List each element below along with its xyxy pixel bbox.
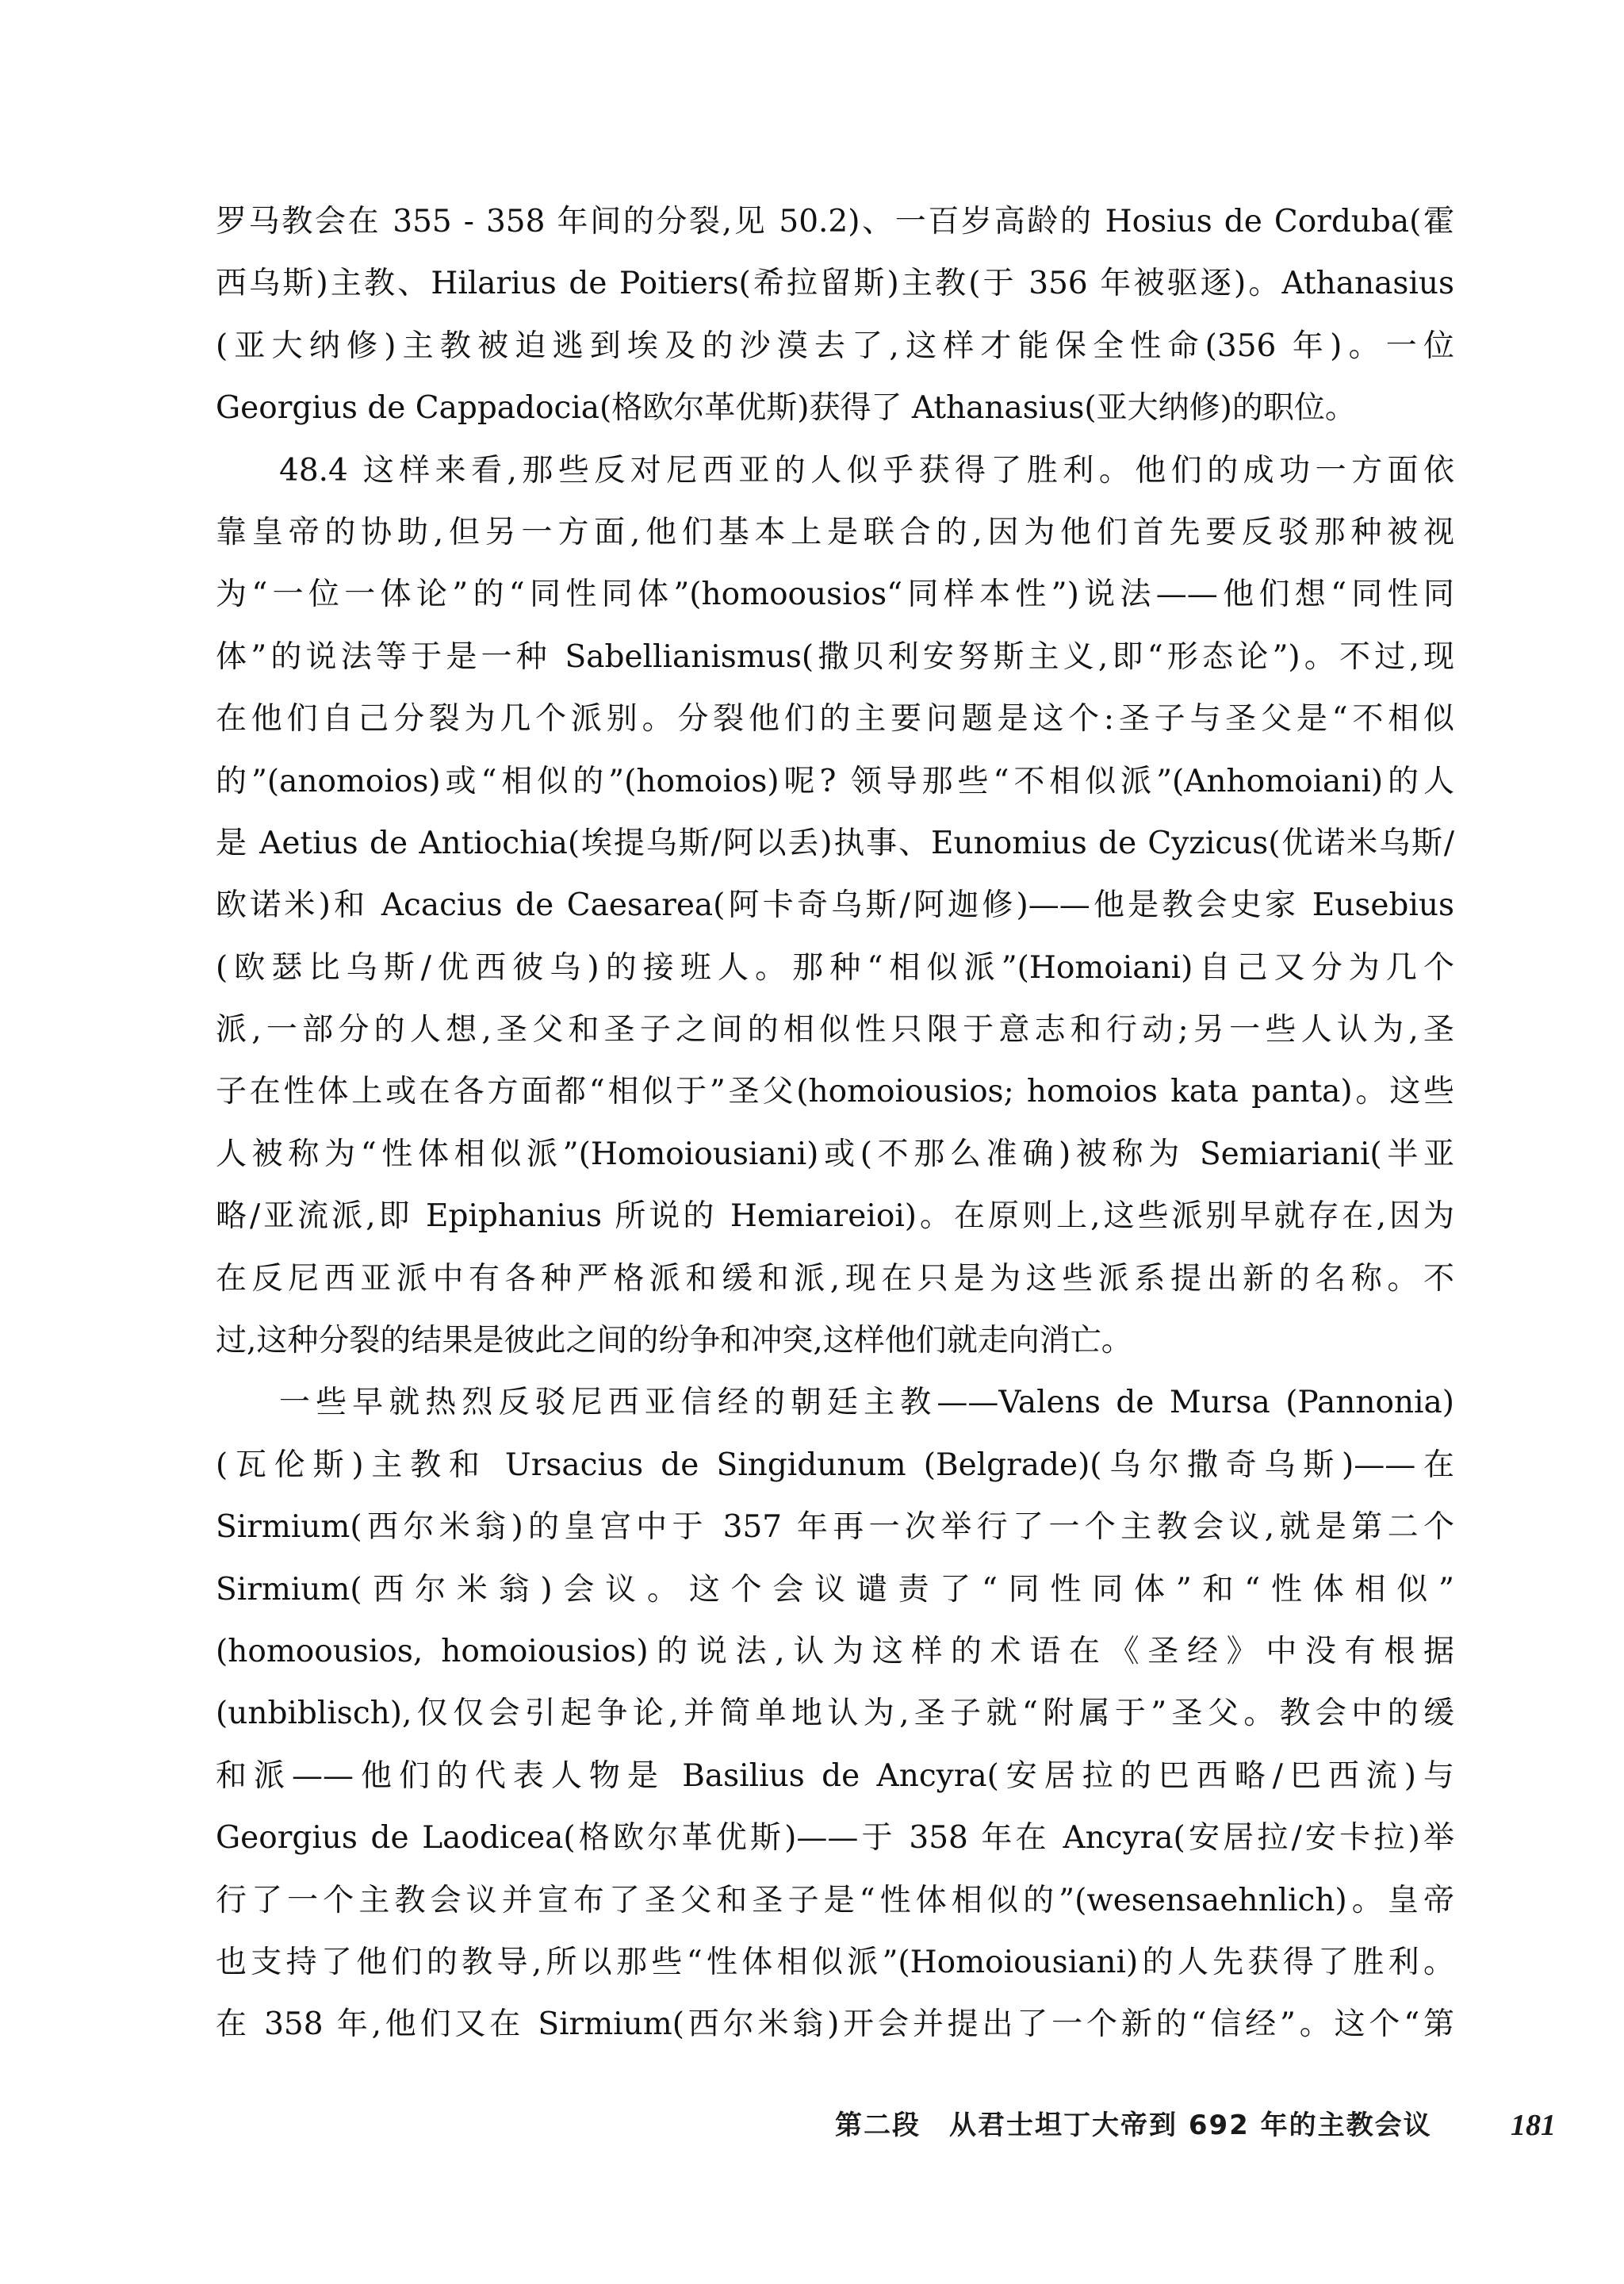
running-head: 第二段 从君士坦丁大帝到 692 年的主教会议 (835, 2106, 1432, 2145)
text-line: (亚大纳修)主教被迫逃到埃及的沙漠去了,这样才能保全性命(356 年)。一位 (216, 316, 1454, 377)
text-line: 子在性体上或在各方面都“相似于”圣父(homoiousios; homoios … (216, 1061, 1454, 1123)
text-line: (homoousios, homoiousios)的说法,认为这样的术语在《圣经… (216, 1621, 1454, 1683)
text-line: 在反尼西亚派中有各种严格派和缓和派,现在只是为这些派系提出新的名称。不 (216, 1248, 1454, 1310)
text-line: Sirmium(西尔米翁)的皇宫中于 357 年再一次举行了一个主教会议,就是第… (216, 1496, 1454, 1558)
text-line: 过,这种分裂的结果是彼此之间的纷争和冲突,这样他们就走向消亡。 (216, 1310, 1454, 1372)
text-line: 和派——他们的代表人物是 Basilius de Ancyra(安居拉的巴西略/… (216, 1746, 1454, 1807)
page-footer: 第二段 从君士坦丁大帝到 692 年的主教会议 181 (813, 2106, 1526, 2145)
text-line: 罗马教会在 355 - 358 年间的分裂,见 50.2)、一百岁高龄的 Hos… (216, 191, 1454, 253)
text-line: (瓦伦斯)主教和 Ursacius de Singidunum (Belgrad… (216, 1435, 1454, 1496)
text-line: 体”的说法等于是一种 Sabellianismus(撒贝利安努斯主义,即“形态论… (216, 627, 1454, 688)
text-line: 在他们自己分裂为几个派别。分裂他们的主要问题是这个:圣子与圣父是“不相似 (216, 688, 1454, 750)
paragraph-continuation: 罗马教会在 355 - 358 年间的分裂,见 50.2)、一百岁高龄的 Hos… (216, 191, 1454, 440)
text-line: 在 358 年,他们又在 Sirmium(西尔米翁)开会并提出了一个新的“信经”… (216, 1994, 1454, 2056)
text-line: Sirmium(西尔米翁)会议。这个会议谴责了“同性同体”和“性体相似” (216, 1559, 1454, 1621)
text-line: 行了一个主教会议并宣布了圣父和圣子是“性体相似的”(wesensaehnlich… (216, 1870, 1454, 1932)
paragraph-sirmium: 一些早就热烈反驳尼西亚信经的朝廷主教——Valens de Mursa (Pan… (216, 1372, 1454, 2056)
page-number: 181 (1511, 2106, 1556, 2145)
text-line: 靠皇帝的协助,但另一方面,他们基本上是联合的,因为他们首先要反驳那种被视 (216, 502, 1454, 564)
text-line: 派,一部分的人想,圣父和圣子之间的相似性只限于意志和行动;另一些人认为,圣 (216, 999, 1454, 1061)
text-line: Georgius de Laodicea(格欧尔革优斯)——于 358 年在 A… (216, 1807, 1454, 1869)
text-line: 略/亚流派,即 Epiphanius 所说的 Hemiareioi)。在原则上,… (216, 1186, 1454, 1247)
text-line: (欧瑟比乌斯/优西彼乌)的接班人。那种“相似派”(Homoiani)自己又分为几… (216, 937, 1454, 999)
text-line: 为“一位一体论”的“同性同体”(homoousios“同样本性”)说法——他们想… (216, 564, 1454, 626)
text-line: 也支持了他们的教导,所以那些“性体相似派”(Homoiousiani)的人先获得… (216, 1932, 1454, 1994)
text-line: 是 Aetius de Antiochia(埃提乌斯/阿以丢)执事、Eunomi… (216, 813, 1454, 875)
paragraph-48-4: 48.4 这样来看,那些反对尼西亚的人似乎获得了胜利。他们的成功一方面依 靠皇帝… (216, 440, 1454, 1373)
text-line: 欧诺米)和 Acacius de Caesarea(阿卡奇乌斯/阿迦修)——他是… (216, 875, 1454, 937)
text-line: 的”(anomoios)或“相似的”(homoios)呢? 领导那些“不相似派”… (216, 751, 1454, 813)
paragraph-first-line: 一些早就热烈反驳尼西亚信经的朝廷主教——Valens de Mursa (Pan… (216, 1372, 1454, 1434)
text-line: 人被称为“性体相似派”(Homoiousiani)或(不那么准确)被称为 Sem… (216, 1124, 1454, 1186)
text-line: Georgius de Cappadocia(格欧尔革优斯)获得了 Athana… (216, 377, 1454, 439)
section-first-line: 48.4 这样来看,那些反对尼西亚的人似乎获得了胜利。他们的成功一方面依 (216, 440, 1454, 502)
text-line: 西乌斯)主教、Hilarius de Poitiers(希拉留斯)主教(于 35… (216, 253, 1454, 315)
text-line: (unbiblisch),仅仅会引起争论,并简单地认为,圣子就“附属于”圣父。教… (216, 1683, 1454, 1745)
page-body: 罗马教会在 355 - 358 年间的分裂,见 50.2)、一百岁高龄的 Hos… (216, 191, 1454, 2056)
